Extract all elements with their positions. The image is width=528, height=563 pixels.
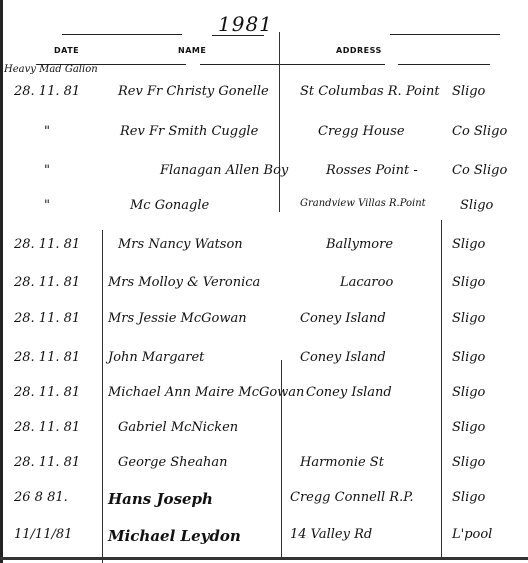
entry-county: Sligo bbox=[452, 350, 485, 365]
header-rule-2 bbox=[200, 64, 385, 65]
county-column-divider bbox=[441, 220, 442, 560]
entry-date: 28. 11. 81 bbox=[14, 84, 80, 99]
scan-edge bbox=[0, 0, 3, 563]
entry-county: Co Sligo bbox=[452, 124, 507, 139]
entry-county: Sligo bbox=[452, 385, 485, 400]
entry-name: Rev Fr Christy Gonelle bbox=[118, 84, 269, 99]
top-rule-right bbox=[390, 34, 500, 35]
entry-county: L'pool bbox=[452, 527, 492, 542]
entry-date: 28. 11. 81 bbox=[14, 455, 80, 470]
entry-address: Cregg Connell R.P. bbox=[290, 490, 413, 505]
entry-name: Mc Gonagle bbox=[130, 198, 209, 213]
entry-address: Lacaroo bbox=[340, 275, 393, 290]
entry-name: George Sheahan bbox=[118, 455, 227, 470]
entry-county: Sligo bbox=[452, 84, 485, 99]
entry-name: Mrs Nancy Watson bbox=[118, 237, 243, 252]
date-column-divider bbox=[102, 230, 103, 563]
entry-date: 28. 11. 81 bbox=[14, 420, 80, 435]
entry-address: Coney Island bbox=[306, 385, 392, 400]
entry-date: " bbox=[44, 124, 50, 139]
entry-name: Mrs Jessie McGowan bbox=[108, 311, 247, 326]
header-date: DATE bbox=[54, 46, 79, 55]
register-page: 1981 DATE NAME ADDRESS Heavy Mad Galion … bbox=[0, 0, 528, 563]
entry-name: John Margaret bbox=[108, 350, 204, 365]
entry-address: Ballymore bbox=[326, 237, 393, 252]
entry-county: Sligo bbox=[452, 455, 485, 470]
entry-date: " bbox=[44, 198, 50, 213]
entry-county: Sligo bbox=[460, 198, 493, 213]
entry-name: Mrs Molloy & Veronica bbox=[108, 275, 260, 290]
entry-name: Gabriel McNicken bbox=[118, 420, 238, 435]
entry-address: Coney Island bbox=[300, 311, 386, 326]
entry-date: 11/11/81 bbox=[14, 527, 72, 542]
entry-address: 14 Valley Rd bbox=[290, 527, 372, 542]
entry-date: 28. 11. 81 bbox=[14, 350, 80, 365]
entry-name: Hans Joseph bbox=[108, 490, 213, 508]
entry-county: Sligo bbox=[452, 237, 485, 252]
entry-date: 26 8 81. bbox=[14, 490, 68, 505]
entry-name: Michael Ann Maire McGowan bbox=[108, 385, 304, 400]
entry-date: 28. 11. 81 bbox=[14, 275, 80, 290]
entry-address: Cregg House bbox=[318, 124, 405, 139]
top-rule bbox=[62, 34, 182, 35]
entry-date: " bbox=[44, 163, 50, 178]
entry-name: Flanagan Allen Boy bbox=[160, 163, 288, 178]
entry-county: Sligo bbox=[452, 311, 485, 326]
entry-address: Grandview Villas R.Point bbox=[300, 198, 426, 209]
entry-date: 28. 11. 81 bbox=[14, 237, 80, 252]
entry-county: Sligo bbox=[452, 275, 485, 290]
entry-date: 28. 11. 81 bbox=[14, 311, 80, 326]
margin-note: Heavy Mad Galion bbox=[4, 64, 98, 75]
entry-county: Sligo bbox=[452, 420, 485, 435]
year-underline bbox=[212, 35, 264, 36]
entry-county: Sligo bbox=[452, 490, 485, 505]
entry-name: Michael Leydon bbox=[108, 527, 241, 545]
header-rule-3 bbox=[398, 64, 490, 65]
entry-name: Rev Fr Smith Cuggle bbox=[120, 124, 258, 139]
header-address: ADDRESS bbox=[336, 46, 382, 55]
entry-county: Co Sligo bbox=[452, 163, 507, 178]
entry-address: Harmonie St bbox=[300, 455, 384, 470]
register-year: 1981 bbox=[218, 12, 273, 36]
header-name: NAME bbox=[178, 46, 206, 55]
scan-edge-bottom bbox=[0, 557, 528, 560]
entry-address: Coney Island bbox=[300, 350, 386, 365]
entry-address: St Columbas R. Point bbox=[300, 84, 440, 99]
column-divider-top bbox=[279, 32, 280, 212]
entry-date: 28. 11. 81 bbox=[14, 385, 80, 400]
entry-address: Rosses Point - bbox=[326, 163, 418, 178]
